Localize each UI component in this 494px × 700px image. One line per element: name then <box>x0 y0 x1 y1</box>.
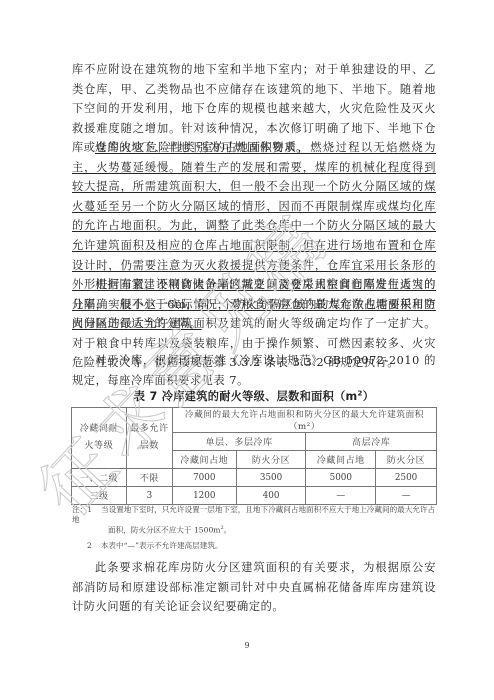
paragraph-cold-storage: 对于冷库，根据国家标准《冷库设计规范》GB 50072-2010 的规定，每座冷… <box>72 351 436 390</box>
cell-value: 3500 <box>236 469 306 487</box>
page-number: 9 <box>0 641 494 650</box>
table-note-1: 注：1当设置地下室时，只允许设置一层地下室，且地下冷藏间占地面积不应大于地上冷藏… <box>72 505 442 525</box>
cell-value: 400 <box>236 487 306 505</box>
table-row: 三级 3 1200 400 — — <box>72 487 437 505</box>
cell-floors: 3 <box>126 487 172 505</box>
cell-value: — <box>376 487 437 505</box>
paragraph-cotton-storage: 此条要求棉花库房防火分区建筑面积的有关要求，为根据原公安部消防局和原建设部标准定… <box>72 558 436 617</box>
header-fire-compartment-1: 防火分区 <box>236 451 306 469</box>
header-max-floors-text: 最多允许层数 <box>129 421 169 455</box>
cell-value: 2500 <box>376 469 437 487</box>
table-7-caption: 表 7 冷库建筑的耐火等级、层数和面积（m2） <box>72 388 436 404</box>
header-fire-rating-text: 冷藏间耐火等级 <box>79 421 119 455</box>
note-1-line-2: 面积，防火分区不应大于 1500m <box>108 526 220 535</box>
table-note-2: 2本表中“—”表示不允许建高层建筑。 <box>87 541 457 551</box>
note-number: 1 <box>87 505 92 514</box>
note-number: 2 <box>87 541 92 550</box>
header-fire-rating: 冷藏间耐火等级 <box>72 408 127 469</box>
header-cold-room-area-1: 冷藏间占地 <box>172 451 236 469</box>
header-fire-compartment-2: 防火分区 <box>376 451 437 469</box>
cell-grade: 一、二级 <box>72 469 127 487</box>
table-note-1-cont: 面积，防火分区不应大于 1500m2。 <box>108 523 478 536</box>
cell-value: 1200 <box>172 487 236 505</box>
note-1-line-1: 当设置地下室时，只允许设置一层地下室，且地下冷藏间占地面积不应大于地上冷藏间的最… <box>72 505 435 524</box>
table-7-cold-storage: 冷藏间耐火等级 最多允许层数 冷藏间的最大允许占地面积和防火分区的最大允许建筑面… <box>71 407 437 505</box>
note-prefix: 注： <box>72 505 87 514</box>
cell-grade: 三级 <box>72 487 127 505</box>
table-header-row-1: 冷藏间耐火等级 最多允许层数 冷藏间的最大允许占地面积和防火分区的最大允许建筑面… <box>72 408 437 433</box>
note-2-text: 本表中“—”表示不允许建高层建筑。 <box>101 541 223 550</box>
cell-value: — <box>306 487 376 505</box>
header-cold-room-area-2: 冷藏间占地 <box>306 451 376 469</box>
header-high-rise: 高层冷库 <box>306 433 437 451</box>
header-single-multi-story: 单层、多层冷库 <box>172 433 306 451</box>
header-max-floors: 最多允许层数 <box>126 408 172 469</box>
cell-value: 5000 <box>306 469 376 487</box>
header-max-area-group: 冷藏间的最大允许占地面积和防火分区的最大允许建筑面积（m²） <box>172 408 436 433</box>
document-page: 库不应附设在建筑物的地下室和半地下室内；对于单独建设的甲、乙类仓库，甲、乙类物品… <box>0 0 494 700</box>
note-1-end: 。 <box>224 526 232 535</box>
table-row: 一、二级 不限 7000 3500 5000 2500 <box>72 469 437 487</box>
cell-floors: 不限 <box>126 469 172 487</box>
caption-text: 表 7 冷库建筑的耐火等级、层数和面积（m <box>134 390 358 403</box>
cell-value: 7000 <box>172 469 236 487</box>
caption-end: ） <box>363 390 375 403</box>
